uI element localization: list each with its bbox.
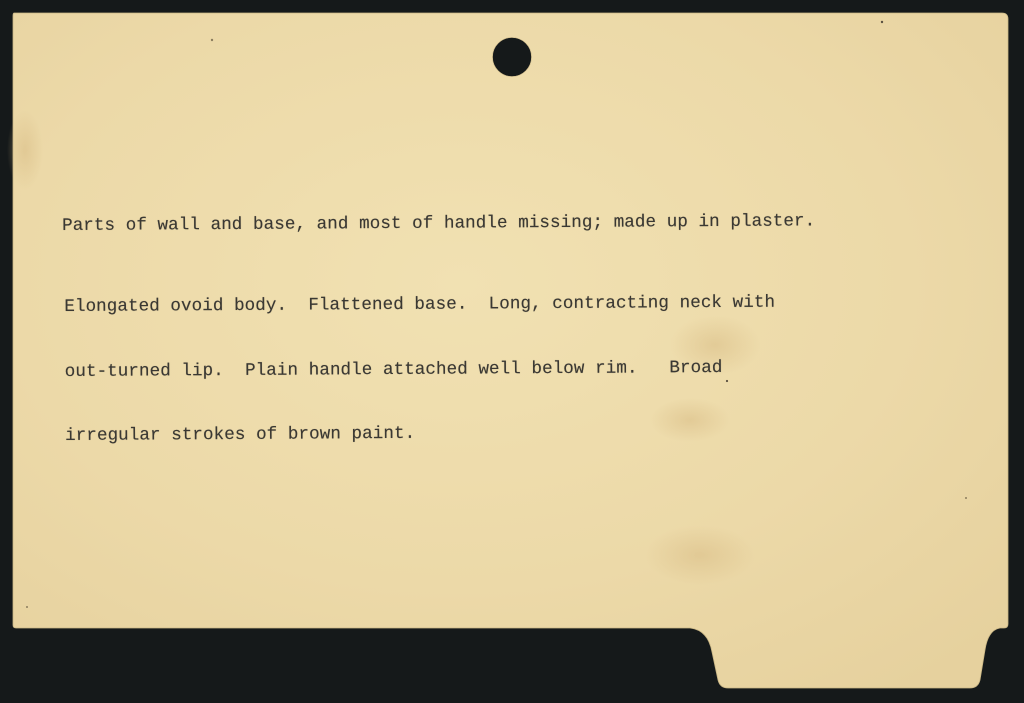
typed-line: out-turned lip. Plain handle attached we… bbox=[65, 357, 776, 383]
typed-line: Elongated ovoid body. Flattened base. Lo… bbox=[64, 293, 775, 319]
stain-mark bbox=[7, 110, 43, 190]
punch-hole bbox=[493, 38, 532, 77]
speck bbox=[881, 21, 883, 23]
scanned-card-image: Parts of wall and base, and most of hand… bbox=[0, 0, 1024, 703]
typed-line-condition: Parts of wall and base, and most of hand… bbox=[62, 211, 815, 237]
stain-mark bbox=[645, 525, 755, 585]
speck bbox=[26, 606, 28, 608]
typed-line: irregular strokes of brown paint. bbox=[65, 422, 776, 448]
speck bbox=[965, 497, 967, 499]
typed-paragraph-description: Elongated ovoid body. Flattened base. Lo… bbox=[64, 250, 776, 491]
speck bbox=[211, 39, 213, 41]
